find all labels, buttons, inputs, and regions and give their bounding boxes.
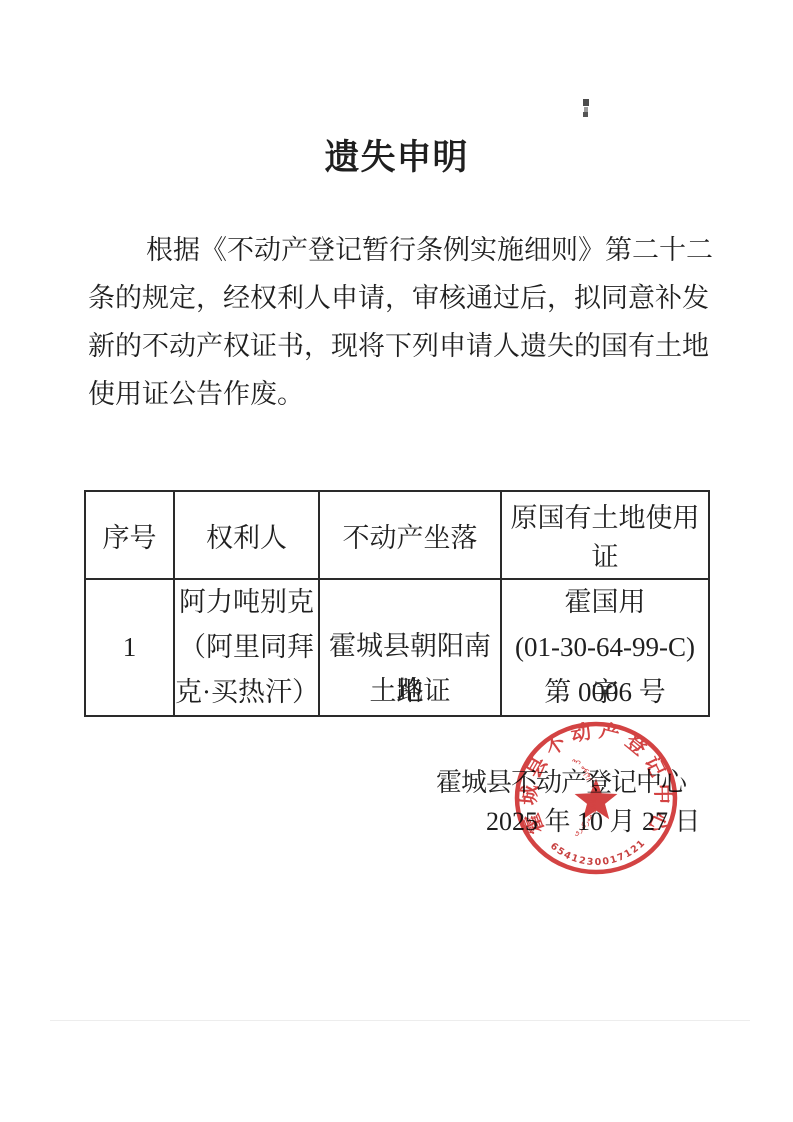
table-header-row: 序号 权利人 不动产坐落 原国有土地使用证 [85,491,709,579]
scan-fold-line [50,1020,750,1021]
cell-index: 1 [85,579,174,716]
body-line: 新的不动产权证书，现将下列申请人遗失的国有土地 [88,322,698,370]
body-line: 条的规定，经权利人申请，审核通过后，拟同意补发 [88,274,698,322]
header-location: 不动产坐落 [319,491,501,579]
lost-certificate-table: 序号 权利人 不动产坐落 原国有土地使用证 1 阿力吨别克 （阿里同拜 克·买热… [84,490,710,717]
page-title: 遗失申明 [0,130,793,180]
body-paragraph: 根据《不动产登记暂行条例实施细则》第二十二 条的规定，经权利人申请，审核通过后，… [88,226,698,418]
header-owner: 权利人 [174,491,319,579]
official-seal-stamp: 霍城县不动产登记中心 قورغاس ناھىيىسى كۆچمەس مۈلۈك … [513,719,679,877]
cell-owner: 阿力吨别克 （阿里同拜 克·买热汗） [174,579,319,716]
body-line: 使用证公告作废。 [88,370,698,418]
body-line: 根据《不动产登记暂行条例实施细则》第二十二 [88,226,698,274]
table-row: 1 阿力吨别克 （阿里同拜 克·买热汗） 霍城县朝阳南路 土地证 霍国用 (01… [85,579,709,716]
cell-certificate: 霍国用 (01-30-64-99-C)字 第 0006 号 [501,579,709,716]
document-page: 遗失申明 根据《不动产登记暂行条例实施细则》第二十二 条的规定，经权利人申请，审… [0,0,793,1122]
header-certificate: 原国有土地使用证 [501,491,709,579]
scan-artifact [583,99,589,117]
cell-location: 霍城县朝阳南路 土地证 [319,579,501,716]
header-index: 序号 [85,491,174,579]
